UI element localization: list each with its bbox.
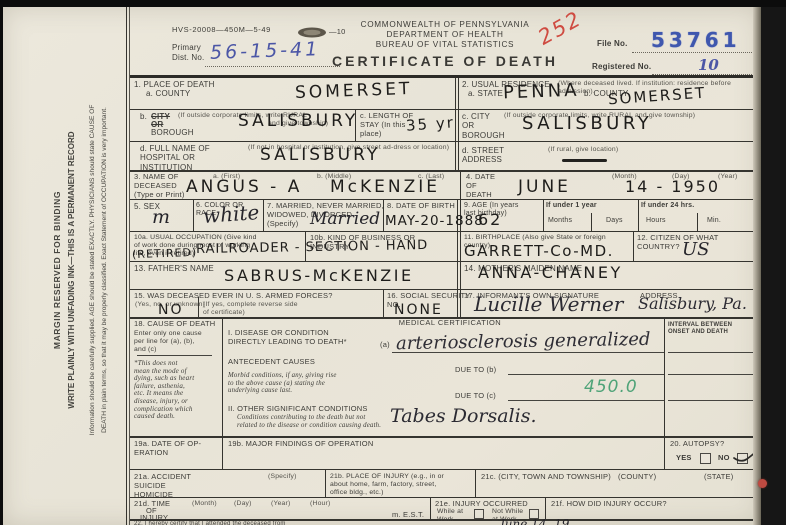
field2d-label: d. STREET ADDRESS	[462, 146, 504, 165]
field19a-label: 19a. DATE OF OP- ERATION	[134, 440, 201, 458]
field21d-hour: (Hour)	[310, 500, 330, 508]
field7-value: Married	[310, 209, 380, 229]
certificate-title: CERTIFICATE OF DEATH	[312, 53, 578, 70]
divider-21b-21c	[475, 469, 476, 497]
divider-13-14a	[457, 261, 458, 289]
divider-21d-21e	[430, 497, 431, 519]
field21b-label: 21b. PLACE OF INJURY (e.g., in or about …	[330, 473, 444, 497]
field3-value-first: ANGUS - A	[186, 177, 302, 197]
line-cause-b	[508, 374, 664, 375]
rail-divider	[137, 355, 212, 356]
field1b-value: SALISBURY	[238, 111, 358, 131]
field15-hint2: (If yes, complete reverse side of certif…	[203, 301, 298, 317]
field9-value: 62	[478, 210, 502, 229]
field12-value: US	[682, 239, 710, 260]
field1d-value: SALISBURY	[260, 145, 380, 165]
field22-hw-fragment: June 14, 19	[500, 517, 569, 525]
divider-under1-under24	[638, 199, 639, 231]
autopsy-yes-checkbox	[700, 453, 711, 464]
margin-rule-outer	[126, 7, 127, 525]
field17-address-value: Salisbury, Pa.	[638, 294, 747, 313]
field4-value-month: JUNE	[518, 177, 571, 197]
field2d-value-dash	[562, 159, 607, 162]
field9-min-label: Min.	[707, 217, 721, 225]
field18-label: 18. CAUSE OF DEATH	[134, 320, 215, 329]
margin-rule-inner	[129, 7, 130, 525]
interval-label: INTERVAL BETWEEN ONSET AND DEATH	[668, 322, 732, 336]
rule-13-bottom	[130, 289, 760, 290]
field21d-year: (Year)	[271, 500, 290, 508]
line-interval-b	[668, 374, 754, 375]
field20-yes-label: YES	[676, 454, 692, 463]
field15-value: NO	[158, 302, 184, 318]
divider-15-16	[383, 289, 384, 317]
file-no-value: 53761	[651, 28, 741, 52]
divider-6-7	[263, 199, 264, 231]
margin-note-information: Information should be carefully supplied…	[89, 24, 96, 516]
field4-label: 4. DATE OF DEATH	[466, 173, 495, 200]
field18-antecedent-label: ANTECEDENT CAUSES	[228, 358, 315, 367]
field21c-state: (STATE)	[704, 473, 733, 482]
field3-label: 3. NAME OF DECEASED (Type or Print)	[134, 173, 185, 200]
form-number: HVS-20008—450M—5-49	[172, 26, 271, 35]
field21c-county: (COUNTY)	[618, 473, 656, 482]
divider-hours-min	[697, 213, 698, 231]
field21d-month: (Month)	[192, 500, 217, 508]
field18-due-b-label: DUE TO (b)	[455, 366, 496, 375]
field14-value: ANNA-CHANEY	[478, 263, 623, 282]
field15-label: 15. WAS DECEASED EVER IN U. S. ARMED FOR…	[134, 292, 333, 301]
scan-background-left	[0, 0, 3, 525]
paper-right-edge	[753, 7, 761, 525]
field21a-label: 21a. ACCIDENT SUICIDE HOMICIDE	[134, 473, 191, 500]
field9-days-label: Days	[606, 217, 623, 225]
field10a-value-retired: (RETIRED)	[132, 246, 198, 261]
divider-9-under1	[543, 199, 544, 231]
field21a-specify: (Specify)	[268, 473, 297, 481]
field18-due-c-label: DUE TO (c)	[455, 392, 496, 401]
primary-label: Primary	[172, 43, 201, 52]
header-rule	[130, 75, 760, 78]
line-interval-c	[668, 400, 754, 401]
divider-11-12	[633, 231, 634, 261]
divider-10b-11a	[457, 231, 458, 261]
field1b-prefix: b.	[140, 112, 147, 121]
field8-label: 8. DATE OF BIRTH	[387, 202, 455, 211]
divider-1-2b	[458, 78, 459, 170]
field20-label: 20. AUTOPSY?	[670, 440, 724, 449]
margin-note-binding: MARGIN RESERVED FOR BINDING	[52, 24, 62, 516]
scan-background-right	[761, 0, 786, 525]
field2c-value: SALISBURY	[522, 113, 652, 134]
field2a-value: PENNA	[503, 80, 580, 104]
rule-3-bottom	[130, 199, 760, 200]
rule-1a	[130, 109, 760, 110]
field18-enter-note: Enter only one cause per line for (a), (…	[134, 330, 202, 354]
field21d-day: (Day)	[234, 500, 252, 508]
scan-background-top	[0, 0, 786, 7]
divider-5-6	[193, 199, 194, 231]
field9-under24-label: If under 24 hrs.	[641, 202, 694, 210]
rule-1b	[130, 141, 760, 142]
red-ink-dot	[758, 479, 767, 488]
field20-no-label: NO	[718, 454, 730, 463]
divider-19b-20	[664, 436, 665, 469]
field21d-est: m. E.S.T.	[392, 511, 424, 520]
field1d-label: d. FULL NAME OF HOSPITAL OR INSTITUTION	[140, 144, 210, 172]
field1b-borough-label: BOROUGH	[151, 128, 194, 137]
field18-a-prefix: (a)	[380, 341, 390, 350]
margin-note-permanent-record: WRITE PLAINLY WITH UNFADING INK—THIS IS …	[67, 24, 76, 516]
bureau-line: BUREAU OF VITAL STATISTICS	[320, 40, 570, 50]
field18-code-value: 450.0	[584, 377, 638, 397]
divider-21e-21f	[545, 497, 546, 519]
margin-note-occupation: DEATH in plain terms, so that it may be …	[101, 24, 108, 516]
field4-year-hint: (Year)	[718, 173, 737, 181]
registered-no-label: Registered No.	[592, 62, 651, 71]
rule-19-bottom	[130, 469, 760, 470]
field13-label: 13. FATHER'S NAME	[134, 264, 214, 273]
field2a-label: a. STATE	[468, 89, 503, 98]
divider-13-14b	[460, 261, 461, 289]
divider-18-rail	[222, 319, 223, 436]
field2c-label: c. CITY OR BOROUGH	[462, 112, 505, 140]
field18-star-note: *This does not mean the mode of dying, s…	[134, 360, 194, 421]
department-line: DEPARTMENT OF HEALTH	[320, 30, 570, 40]
field18-disease-label: I. DISEASE OR CONDITION DIRECTLY LEADING…	[228, 329, 347, 347]
dist-no-label: Dist. No.	[172, 53, 204, 62]
divider-3-4	[460, 170, 461, 199]
field21c-label: 21c. (CITY, TOWN AND TOWNSHIP)	[481, 473, 611, 482]
field1a-value: SOMERSET	[295, 79, 413, 103]
divider-21a-21b	[325, 469, 326, 497]
field6-value: white	[202, 200, 260, 228]
field16-value: NONE	[394, 302, 443, 318]
rule-1-bottom	[130, 170, 760, 172]
rule-21abc-bottom	[130, 497, 760, 498]
field18-other-label: II. OTHER SIGNIFICANT CONDITIONS	[228, 405, 368, 414]
field21e-while-label: While at Work	[437, 508, 463, 524]
rule-10-bottom	[130, 261, 760, 262]
line-cause-c	[508, 400, 664, 401]
rule-5-bottom	[130, 231, 760, 232]
scanned-death-certificate: MARGIN RESERVED FOR BINDING WRITE PLAINL…	[0, 0, 786, 525]
dist-no-value: 56-15-41	[210, 38, 321, 64]
field9-under1-label: If under 1 year	[546, 202, 597, 210]
divider-18-interval	[664, 319, 665, 436]
rule-18-bottom	[130, 436, 760, 438]
field11-value: GARRETT-Co-MD.	[464, 242, 614, 260]
field5-value: m	[152, 206, 170, 228]
field18-a-value: arteriosclerosis generalized	[396, 329, 651, 354]
field10b-label: 10b. KIND OF BUSINESS OR INDUSTRY	[310, 234, 415, 252]
file-no-label: File No.	[597, 39, 628, 48]
field21f-label: 21f. HOW DID INJURY OCCUR?	[551, 500, 667, 509]
field9-hours-label: Hours	[646, 217, 666, 225]
injury-while-work-checkbox	[474, 509, 484, 519]
field19b-label: 19b. MAJOR FINDINGS OF OPERATION	[228, 440, 373, 449]
divider-1-2a	[455, 78, 456, 170]
field22-fragment: 22. I hereby certify that I attended the…	[134, 521, 286, 525]
field9-months-label: Months	[548, 217, 572, 225]
field1c-value: 35 yr	[405, 113, 455, 134]
line-interval-a	[668, 352, 754, 353]
field4-value-day-year: 14 - 1950	[625, 177, 720, 196]
medical-certification-label: MEDICAL CERTIFICATION	[350, 319, 550, 328]
field18-other-value: Tabes Dorsalis.	[390, 405, 537, 427]
field17-signature: Lucille Werner	[474, 292, 623, 316]
field18-other-hint: Conditions contributing to the death but…	[237, 414, 381, 429]
field13-value: SABRUS-McKENZIE	[224, 266, 414, 285]
field1a-label: a. COUNTY	[146, 89, 190, 98]
divider-19a-19b	[222, 436, 223, 469]
field18-morbid-note: Morbid conditions, if any, giving rise t…	[228, 372, 337, 395]
field2d-hint: (If rural, give location)	[548, 146, 618, 154]
field3-value-last: McKENZIE	[330, 177, 440, 197]
divider-months-days	[591, 213, 592, 231]
registered-no-value: 10	[698, 56, 719, 74]
commonwealth-line: COMMONWEALTH OF PENNSYLVANIA	[320, 20, 570, 30]
divider-10b-11b	[460, 231, 461, 261]
